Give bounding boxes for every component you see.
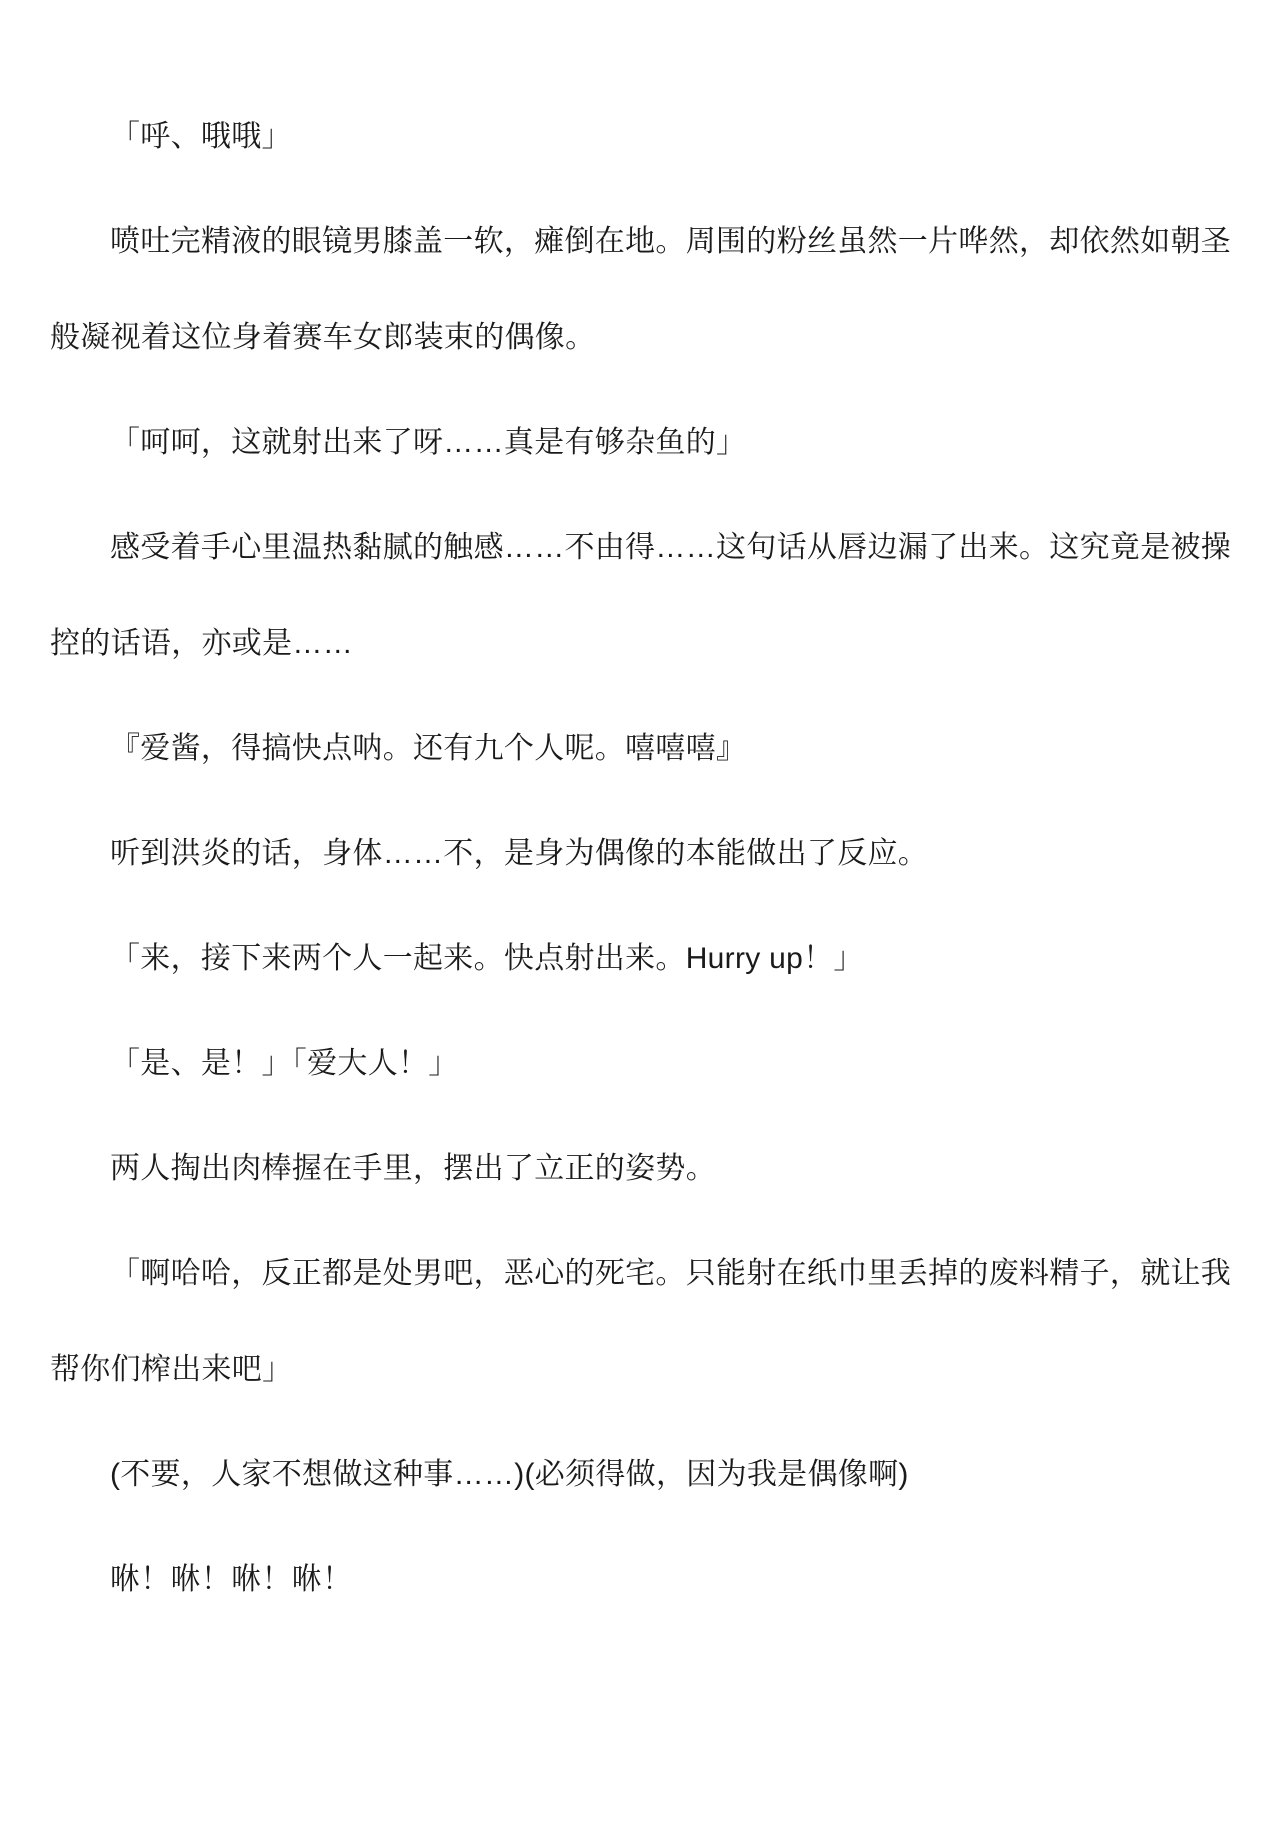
paragraph: 「是、是！」「爱大人！」 bbox=[50, 1016, 1230, 1112]
paragraph: 感受着手心里温热黏腻的触感……不由得……这句话从唇边漏了出来。这究竟是被操控的话… bbox=[50, 500, 1230, 692]
document-page: 「呼、哦哦」喷吐完精液的眼镜男膝盖一软，瘫倒在地。周围的粉丝虽然一片哗然，却依然… bbox=[0, 0, 1280, 1843]
paragraph: 两人掏出肉棒握在手里，摆出了立正的姿势。 bbox=[50, 1121, 1230, 1217]
paragraph: 「呵呵，这就射出来了呀……真是有够杂鱼的」 bbox=[50, 395, 1230, 491]
text-line: 咻！咻！咻！咻！ bbox=[50, 1532, 1230, 1628]
text-line: 般凝视着这位身着赛车女郎装束的偶像。 bbox=[50, 290, 1230, 386]
paragraph: (不要，人家不想做这种事……)(必须得做，因为我是偶像啊) bbox=[50, 1427, 1230, 1523]
text-line: 「呵呵，这就射出来了呀……真是有够杂鱼的」 bbox=[50, 395, 1230, 491]
text-line: 『爱酱，得搞快点呐。还有九个人呢。嘻嘻嘻』 bbox=[50, 701, 1230, 797]
text-line: (不要，人家不想做这种事……)(必须得做，因为我是偶像啊) bbox=[50, 1427, 1230, 1523]
text-line: 控的话语，亦或是…… bbox=[50, 596, 1230, 692]
paragraph: 「呼、哦哦」 bbox=[50, 89, 1230, 185]
text-line: 听到洪炎的话，身体……不，是身为偶像的本能做出了反应。 bbox=[50, 806, 1230, 902]
text-line: 喷吐完精液的眼镜男膝盖一软，瘫倒在地。周围的粉丝虽然一片哗然，却依然如朝圣 bbox=[50, 194, 1230, 290]
paragraph: 咻！咻！咻！咻！ bbox=[50, 1532, 1230, 1628]
text-line: 「是、是！」「爱大人！」 bbox=[50, 1016, 1230, 1112]
text-line: 帮你们榨出来吧」 bbox=[50, 1322, 1230, 1418]
paragraph: 「来，接下来两个人一起来。快点射出来。Hurry up！」 bbox=[50, 911, 1230, 1007]
text-line: 感受着手心里温热黏腻的触感……不由得……这句话从唇边漏了出来。这究竟是被操 bbox=[50, 500, 1230, 596]
text-line: 「啊哈哈，反正都是处男吧，恶心的死宅。只能射在纸巾里丢掉的废料精子，就让我 bbox=[50, 1226, 1230, 1322]
paragraph: 「啊哈哈，反正都是处男吧，恶心的死宅。只能射在纸巾里丢掉的废料精子，就让我帮你们… bbox=[50, 1226, 1230, 1418]
paragraph: 听到洪炎的话，身体……不，是身为偶像的本能做出了反应。 bbox=[50, 806, 1230, 902]
text-line: 两人掏出肉棒握在手里，摆出了立正的姿势。 bbox=[50, 1121, 1230, 1217]
paragraph: 喷吐完精液的眼镜男膝盖一软，瘫倒在地。周围的粉丝虽然一片哗然，却依然如朝圣般凝视… bbox=[50, 194, 1230, 386]
document-body: 「呼、哦哦」喷吐完精液的眼镜男膝盖一软，瘫倒在地。周围的粉丝虽然一片哗然，却依然… bbox=[50, 89, 1230, 1628]
text-line: 「呼、哦哦」 bbox=[50, 89, 1230, 185]
paragraph: 『爱酱，得搞快点呐。还有九个人呢。嘻嘻嘻』 bbox=[50, 701, 1230, 797]
text-line: 「来，接下来两个人一起来。快点射出来。Hurry up！」 bbox=[50, 911, 1230, 1007]
